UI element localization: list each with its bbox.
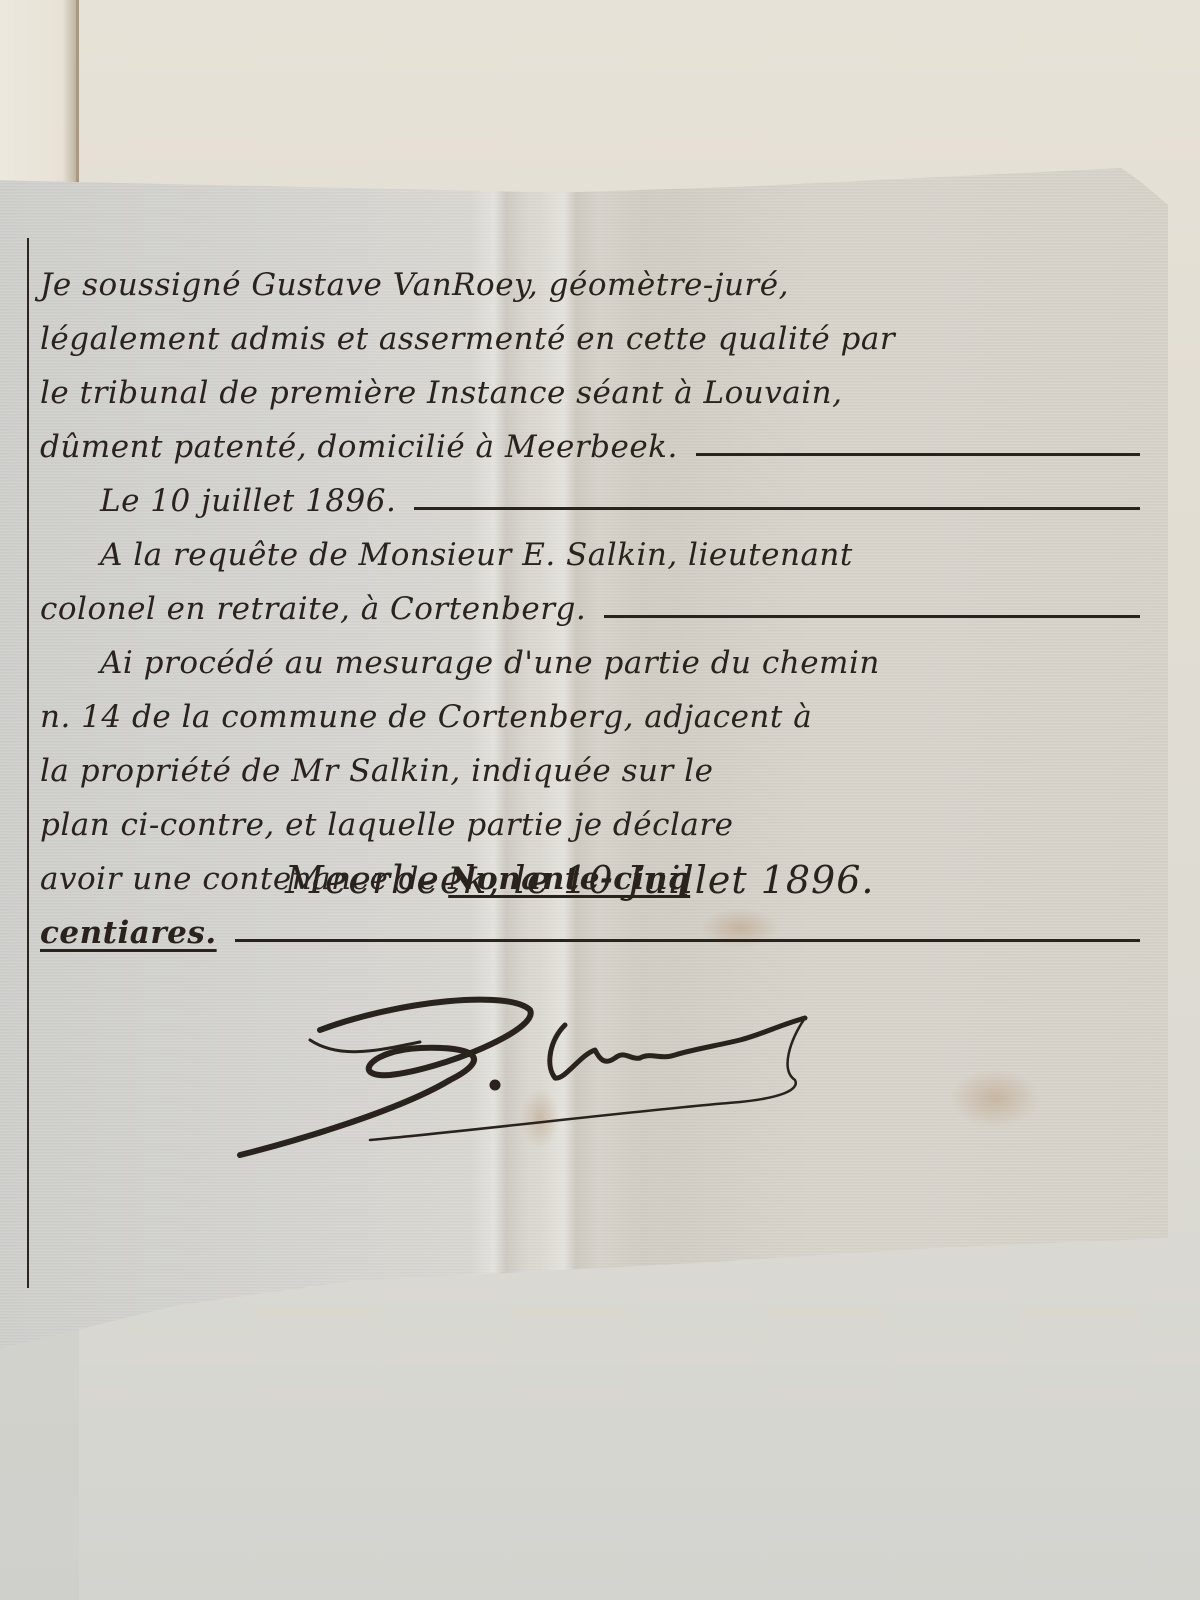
foxing-stain — [950, 1068, 1040, 1128]
text-line: légalement admis et assermenté en cette … — [40, 312, 1140, 366]
text-line: le tribunal de première Instance séant à… — [40, 366, 1140, 420]
signature-icon — [220, 980, 830, 1160]
text-line: la propriété de Mr Salkin, indiquée sur … — [40, 744, 1140, 798]
certificate-body: Je soussigné Gustave VanRoey, géomètre-j… — [40, 258, 1140, 960]
unit-line: centiares. — [40, 906, 1140, 960]
text-line: plan ci-contre, et laquelle partie je dé… — [40, 798, 1140, 852]
text-line: Ai procédé au mesurage d'une partie du c… — [40, 636, 1140, 690]
text-line: Je soussigné Gustave VanRoey, géomètre-j… — [40, 258, 1140, 312]
date-line: Le 10 juillet 1896. — [40, 474, 1140, 528]
text-line: dûment patenté, domicilié à Meerbeek. — [40, 420, 1140, 474]
fill-rule — [604, 615, 1140, 618]
fill-rule — [696, 453, 1140, 456]
left-margin-rule — [27, 238, 29, 1288]
place-and-date: Meerbeek, le 10 Juillet 1896. — [285, 858, 874, 902]
book-spine — [76, 0, 79, 190]
fill-rule — [414, 507, 1140, 510]
fill-rule — [235, 939, 1140, 942]
area-unit: centiares. — [40, 906, 217, 960]
text-line: n. 14 de la commune de Cortenberg, adjac… — [40, 690, 1140, 744]
text-line: colonel en retraite, à Cortenberg. — [40, 582, 1140, 636]
text-line: A la requête de Monsieur E. Salkin, lieu… — [40, 528, 1140, 582]
photo-scene: Je soussigné Gustave VanRoey, géomètre-j… — [0, 0, 1200, 1600]
signature — [220, 980, 830, 1160]
book-left-page-edge — [0, 0, 78, 200]
